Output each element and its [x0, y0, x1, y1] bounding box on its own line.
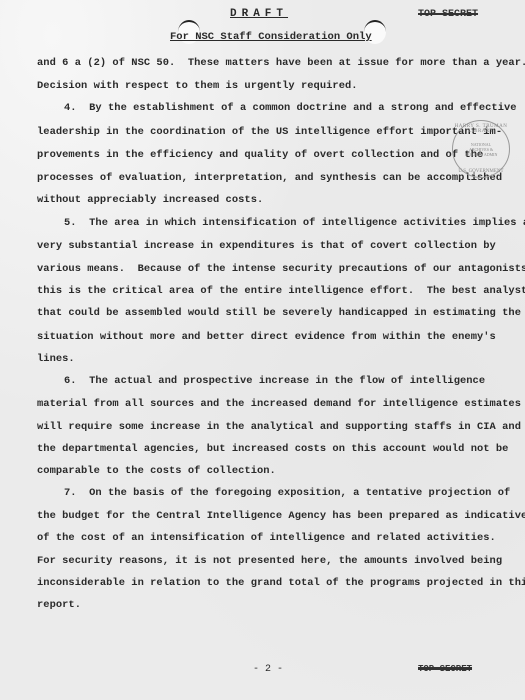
text-line: that could be assembled would still be s…: [37, 307, 521, 319]
text-line: material from all sources and the increa…: [37, 398, 521, 410]
text-line: report.: [37, 599, 81, 611]
text-line: situation without more and better direct…: [37, 331, 496, 343]
document-page: DRAFT TOP SECRET For NSC Staff Considera…: [0, 0, 525, 700]
library-stamp: HARRY S. TRUMAN LIBRARY NATIONAL ARCHIVE…: [452, 120, 510, 178]
text-line: without appreciably increased costs.: [37, 194, 263, 206]
text-line: the departmental agencies, but increased…: [37, 443, 508, 455]
text-line: 6. The actual and prospective increase i…: [64, 375, 485, 387]
stamp-center: NATIONAL ARCHIVES & RECORDS ADMIN: [464, 142, 498, 157]
stamp-ring-bottom: U.S. GOVERNMENT: [458, 169, 503, 174]
distribution-subtitle: For NSC Staff Consideration Only: [170, 31, 372, 43]
text-line: comparable to the costs of collection.: [37, 465, 276, 477]
text-line: the budget for the Central Intelligence …: [37, 510, 525, 522]
text-line: very substantial increase in expenditure…: [37, 240, 496, 252]
text-line: 4. By the establishment of a common doct…: [64, 102, 517, 114]
text-line: this is the critical area of the entire …: [37, 285, 525, 297]
text-line: will require some increase in the analyt…: [37, 421, 521, 433]
text-line: 7. On the basis of the foregoing exposit…: [64, 487, 510, 499]
text-line: processes of evaluation, interpretation,…: [37, 172, 502, 184]
classification-top: TOP SECRET: [418, 9, 478, 20]
text-line: inconsiderable in relation to the grand …: [37, 577, 525, 589]
text-line: provements in the efficiency and quality…: [37, 149, 483, 161]
page-number: - 2 -: [253, 664, 283, 675]
text-line: For security reasons, it is not presente…: [37, 555, 502, 567]
text-line: lines.: [37, 353, 75, 365]
text-line: 5. The area in which intensification of …: [64, 217, 525, 229]
text-line: of the cost of an intensification of int…: [37, 532, 496, 544]
stamp-ring-top: HARRY S. TRUMAN LIBRARY: [453, 124, 509, 134]
text-line: and 6 a (2) of NSC 50. These matters hav…: [37, 57, 525, 69]
classification-bottom: TOP SECRET: [418, 664, 472, 674]
text-line: leadership in the coordination of the US…: [37, 126, 502, 138]
text-line: various means. Because of the intense se…: [37, 263, 525, 275]
draft-heading: DRAFT: [230, 8, 288, 20]
text-line: Decision with respect to them is urgentl…: [37, 80, 358, 92]
